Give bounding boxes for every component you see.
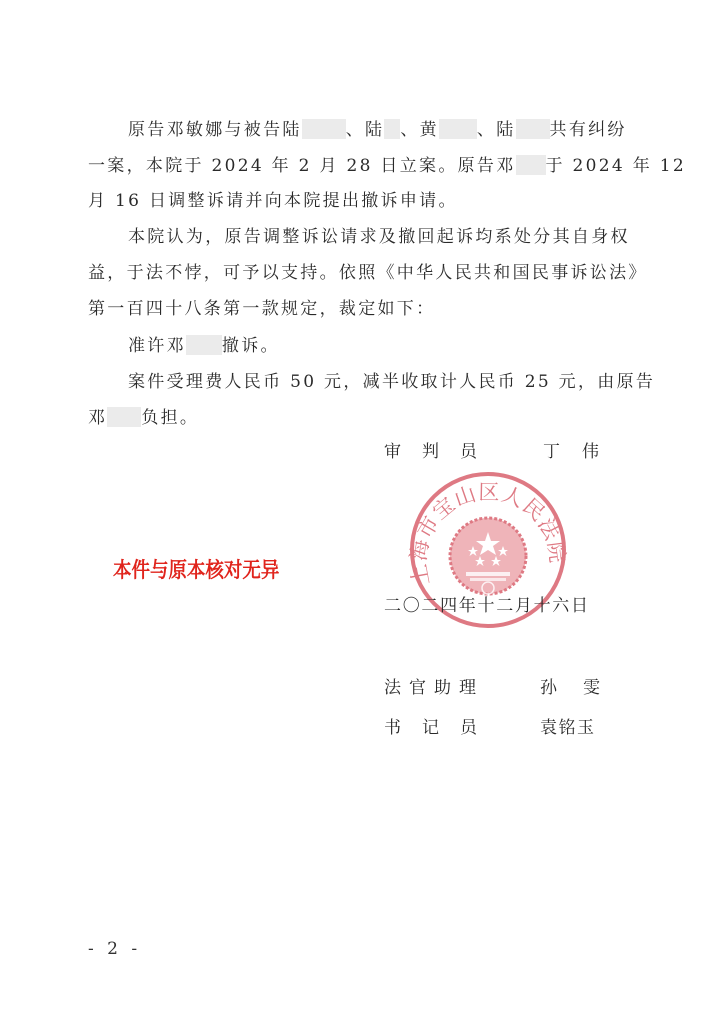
redaction-box bbox=[186, 335, 222, 355]
redaction-box bbox=[516, 155, 546, 175]
paragraph-2-line-2: 益，于法不悖，可予以支持。依照《中华人民共和国民事诉讼法》 bbox=[88, 261, 648, 285]
clerk-name: 袁铭玉 bbox=[540, 716, 596, 740]
text: 邓 bbox=[88, 408, 107, 428]
text: 撤诉。 bbox=[222, 336, 280, 356]
redaction-box bbox=[107, 407, 141, 427]
redaction-box bbox=[516, 119, 550, 139]
clerk-title: 书记员 bbox=[384, 716, 498, 740]
page-number: - 2 - bbox=[88, 939, 141, 959]
redaction-box bbox=[439, 119, 477, 139]
judge-name: 丁伟 bbox=[543, 440, 621, 464]
redaction-box bbox=[302, 119, 346, 139]
text: 共有纠纷 bbox=[550, 120, 627, 140]
document-page: 原告邓敏娜与被告陆、陆、黄、陆共有纠纷 一案，本院于 2024 年 2 月 28… bbox=[0, 0, 724, 1024]
text: 负担。 bbox=[141, 408, 199, 428]
text: 于 2024 年 12 bbox=[546, 156, 686, 176]
assistant-name: 孙雯 bbox=[540, 676, 626, 700]
text: 、陆 bbox=[477, 120, 516, 140]
text: 、陆 bbox=[346, 120, 385, 140]
assistant-title: 法官助理 bbox=[384, 676, 484, 700]
redaction-box bbox=[384, 119, 400, 139]
paragraph-2-line-3: 第一百四十八条第一款规定，裁定如下： bbox=[88, 297, 648, 321]
certification-stamp: 本件与原本核对无异 bbox=[113, 554, 279, 584]
text: 原告邓敏娜与被告陆 bbox=[128, 120, 302, 140]
fee-line-2: 邓负担。 bbox=[88, 406, 648, 430]
paragraph-1-line-1: 原告邓敏娜与被告陆、陆、黄、陆共有纠纷 bbox=[128, 118, 688, 142]
text: 准许邓 bbox=[128, 336, 186, 356]
text: 一案，本院于 2024 年 2 月 28 日立案。原告邓 bbox=[88, 156, 516, 176]
paragraph-2-line-1: 本院认为，原告调整诉讼请求及撤回起诉均系处分其自身权 bbox=[128, 225, 688, 249]
paragraph-1-line-2: 一案，本院于 2024 年 2 月 28 日立案。原告邓于 2024 年 12 bbox=[88, 154, 648, 178]
judge-signature: 审判员 bbox=[384, 440, 498, 464]
ruling-line: 准许邓撤诉。 bbox=[128, 334, 688, 358]
fee-line-1: 案件受理费人民币 50 元，减半收取计人民币 25 元，由原告 bbox=[128, 370, 688, 394]
ruling-date: 二〇二四年十二月十六日 bbox=[384, 594, 590, 618]
text: 、黄 bbox=[400, 120, 439, 140]
judge-title: 审判员 bbox=[384, 442, 498, 462]
paragraph-1-line-3: 月 16 日调整诉请并向本院提出撤诉申请。 bbox=[88, 189, 648, 213]
